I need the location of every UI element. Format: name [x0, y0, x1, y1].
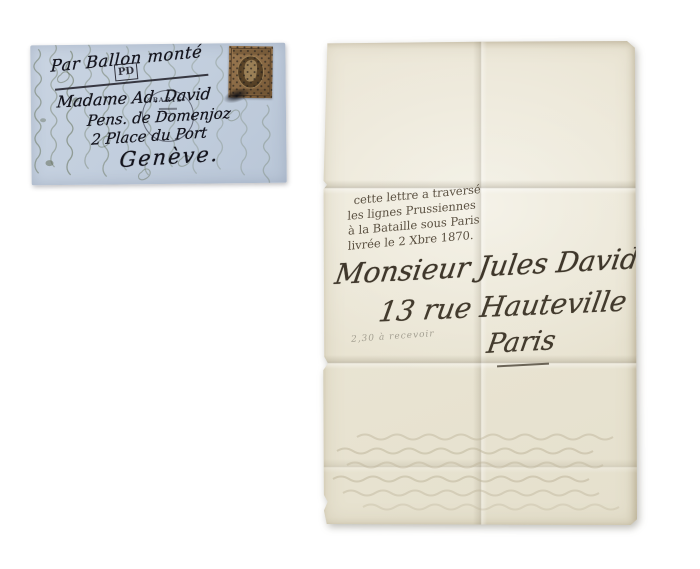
letter-sheet-wrap: cette lettre a traversé les lignes Pruss… — [323, 41, 637, 525]
letter-address-line-2: 13 rue Hauteville — [376, 284, 629, 328]
show-through-writing — [329, 421, 631, 521]
horizontal-fold-crease-2 — [323, 355, 637, 369]
pencil-postage-note: 2,30 à recevoir — [351, 329, 435, 345]
photo-canvas: Par Ballon monté PD PARIS Madame Ad. Dav… — [0, 0, 700, 569]
letter-address-line-3: Paris — [485, 325, 558, 360]
envelope: Par Ballon monté PD PARIS Madame Ad. Dav… — [30, 43, 286, 186]
letter-sheet: cette lettre a traversé les lignes Pruss… — [323, 41, 637, 525]
pd-postmark: PD — [114, 62, 139, 81]
transit-annotation: cette lettre a traversé les lignes Pruss… — [347, 182, 481, 254]
